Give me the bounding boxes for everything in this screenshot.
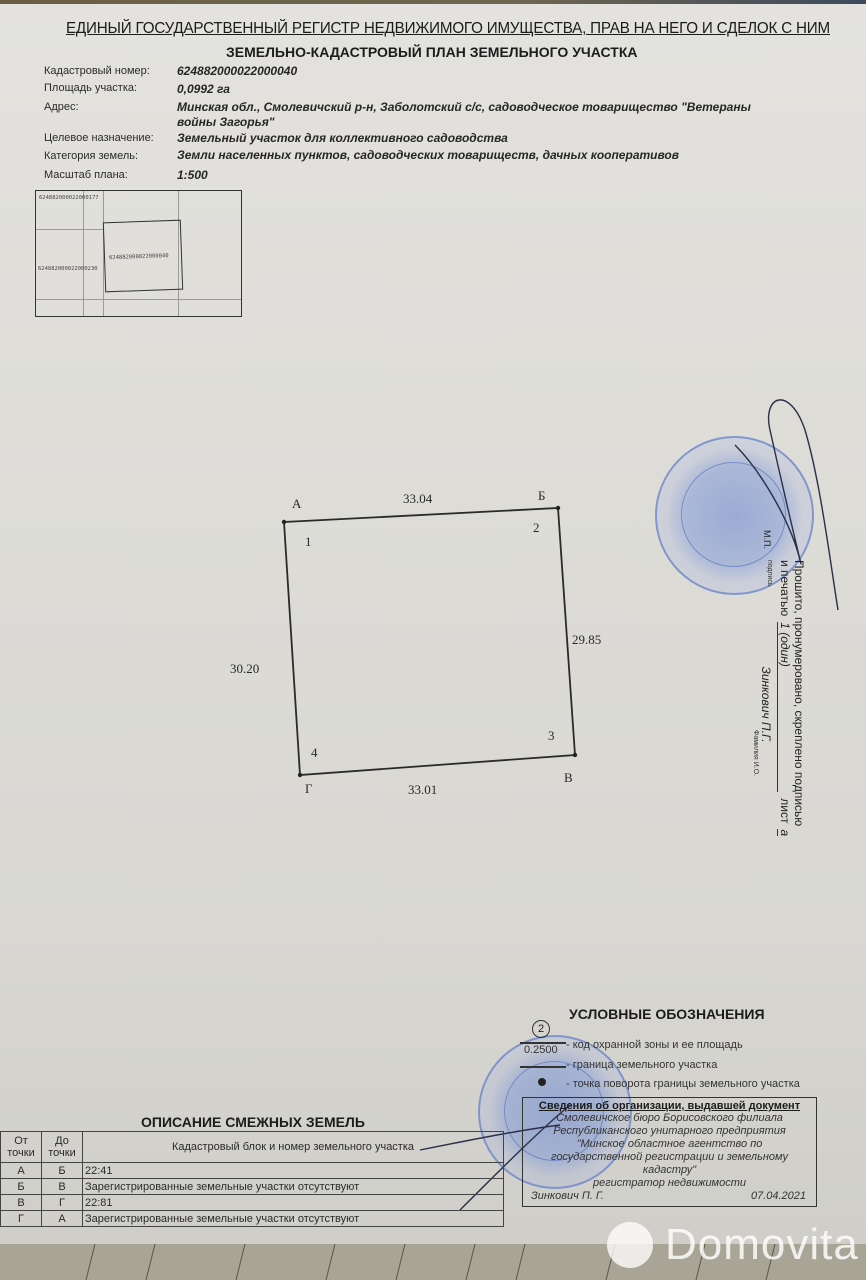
- legend-zone-code: 2: [532, 1020, 550, 1038]
- row-from: Г: [1, 1211, 42, 1227]
- watermark-logo-icon: [607, 1222, 653, 1268]
- registrar-name: Зинкович П. Г.: [531, 1190, 604, 1202]
- organization-line-5: кадастру": [523, 1164, 816, 1177]
- row-to: А: [42, 1211, 83, 1227]
- row-description: 22:41: [83, 1163, 504, 1179]
- row-from: А: [1, 1163, 42, 1179]
- organization-line-2: Республиканского унитарного предприятия: [523, 1125, 816, 1138]
- legend-turn-point-dot: [538, 1078, 546, 1086]
- certification-sheet-suffix: а: [777, 829, 792, 836]
- row-description: Зарегистрированные земельные участки отс…: [83, 1179, 504, 1195]
- legend-item-boundary: - граница земельного участка: [566, 1059, 717, 1071]
- header-from-point: От точки: [1, 1132, 42, 1163]
- header-description: Кадастровый блок и номер земельного учас…: [83, 1132, 504, 1163]
- side-length-bv: 29.85: [572, 632, 601, 648]
- vertex-letter-v: В: [564, 770, 573, 786]
- organization-line-1: Смолевичское бюро Борисовского филиала: [523, 1112, 816, 1125]
- adjacent-lands-title: ОПИСАНИЕ СМЕЖНЫХ ЗЕМЕЛЬ: [141, 1114, 365, 1130]
- legend-item-turn-point: - точка поворота границы земельного учас…: [566, 1078, 800, 1090]
- certification-line1: Прошито, пронумеровано, скреплено подпис…: [792, 560, 806, 940]
- certification-pages: 1 (один): [777, 622, 792, 792]
- header-to-point: До точки: [42, 1132, 83, 1163]
- table-row: Б В Зарегистрированные земельные участки…: [1, 1179, 504, 1195]
- vertex-number-1: 1: [305, 534, 312, 550]
- vertex-number-4: 4: [311, 745, 318, 761]
- certification-name: Зинкович П.Г.: [759, 666, 773, 742]
- legend-title: УСЛОВНЫЕ ОБОЗНАЧЕНИЯ: [569, 1006, 765, 1022]
- table-row: А Б 22:41: [1, 1163, 504, 1179]
- organization-heading: Сведения об организации, выдавшей докуме…: [523, 1100, 816, 1112]
- row-to: Г: [42, 1195, 83, 1211]
- row-from: В: [1, 1195, 42, 1211]
- row-from: Б: [1, 1179, 42, 1195]
- organization-line-3: "Минское областное агентство по: [523, 1138, 816, 1151]
- table-row: В Г 22:81: [1, 1195, 504, 1211]
- organization-line-4: государственной регистрации и земельному: [523, 1151, 816, 1164]
- row-to: В: [42, 1179, 83, 1195]
- certification-block: Прошито, пронумеровано, скреплено подпис…: [752, 560, 806, 940]
- legend-zone-area: 0.2500: [524, 1044, 558, 1056]
- vertex-number-2: 2: [533, 520, 540, 536]
- certification-line2: и печатью: [778, 560, 792, 616]
- watermark-text: Domovita: [665, 1222, 859, 1268]
- certification-signature-caption: подпись: [759, 560, 773, 586]
- side-length-vg: 33.01: [408, 782, 437, 798]
- seal-caption: М.П.: [762, 530, 772, 549]
- legend-item-zone: - код охранной зоны и ее площадь: [566, 1039, 743, 1051]
- adjacent-lands-table: От точки До точки Кадастровый блок и ном…: [0, 1131, 504, 1227]
- legend-boundary-line: [520, 1066, 566, 1068]
- vertex-letter-b: Б: [538, 488, 545, 504]
- row-to: Б: [42, 1163, 83, 1179]
- certification-sheet-word: лист: [778, 798, 792, 823]
- vertex-letter-g: Г: [305, 781, 313, 797]
- vertex-letter-a: А: [292, 496, 301, 512]
- issue-date: 07.04.2021: [751, 1190, 806, 1202]
- organization-line-6: регистратор недвижимости: [523, 1177, 816, 1190]
- side-length-ga: 30.20: [230, 661, 259, 677]
- issuing-organization-box: Сведения об организации, выдавшей докуме…: [522, 1097, 817, 1207]
- certification-name-caption: Фамилия И.О.: [752, 730, 759, 940]
- row-description: 22:81: [83, 1195, 504, 1211]
- side-length-ab: 33.04: [403, 491, 432, 507]
- row-description: Зарегистрированные земельные участки отс…: [83, 1211, 504, 1227]
- table-row: Г А Зарегистрированные земельные участки…: [1, 1211, 504, 1227]
- watermark: Domovita: [607, 1222, 859, 1268]
- vertex-number-3: 3: [548, 728, 555, 744]
